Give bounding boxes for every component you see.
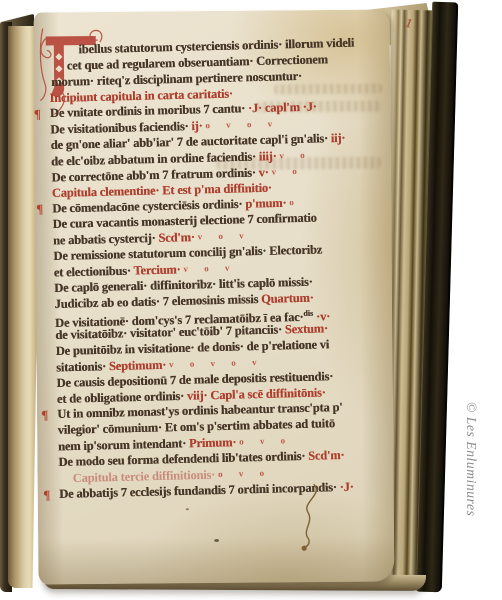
text-segment: p'mum·: [245, 196, 289, 211]
manuscript-photo: ibellus statutorum cysterciensis ordinis…: [0, 0, 502, 600]
text-segment: Septimum·: [109, 358, 169, 373]
manuscript-text-block: ibellus statutorum cysterciensis ordinis…: [48, 35, 391, 502]
parchment-speck: [214, 539, 219, 542]
rubric-pilcrow-mark: ¶: [43, 487, 50, 503]
text-segment: v o: [271, 166, 303, 177]
copyright-watermark: © Les Enluminures: [463, 402, 479, 516]
rubric-pilcrow-mark: ¶: [36, 202, 43, 218]
text-segment: Sextum·: [285, 322, 328, 337]
text-segment: v o: [279, 150, 311, 161]
pen-flourish-squiggle: [290, 482, 335, 563]
rubric-pilcrow-mark: ¶: [34, 107, 41, 123]
text-segment: Quartum·: [261, 290, 314, 305]
rubric-pilcrow-mark: ¶: [41, 408, 48, 424]
text-segment: ·J·: [339, 479, 353, 493]
text-segment: v o v: [198, 230, 251, 241]
text-segment: o v o: [239, 435, 292, 446]
text-segment: Scd'm·: [158, 230, 198, 245]
text-segment: v·: [258, 165, 271, 179]
text-segment: nem ip'sorum intendant·: [58, 436, 189, 453]
text-segment: v o v o v: [169, 357, 264, 369]
text-segment: o v o v: [205, 119, 279, 131]
text-segment: sitationis·: [56, 359, 109, 374]
manuscript-page: ibellus statutorum cysterciensis ordinis…: [34, 9, 395, 584]
text-segment: viij· Capl'a scē diffinitōnis·: [187, 385, 326, 402]
text-segment: o: [289, 197, 301, 207]
text-segment: dis: [303, 309, 313, 318]
text-segment: et electionibus·: [54, 263, 134, 279]
text-segment: Primum·: [189, 435, 239, 450]
text-segment: ij·: [191, 119, 205, 133]
text-segment: Scd'm·: [308, 448, 345, 463]
text-segment: De visitationibus faciendis·: [50, 119, 191, 136]
text-segment: iij·: [331, 131, 346, 145]
text-segment: v o v: [183, 262, 236, 273]
text-segment: o v o: [218, 468, 271, 479]
text-segment: ·J· capl'm ·J·: [248, 100, 317, 116]
text-segment: iiij·: [259, 149, 280, 164]
text-segment: ne abbatis cystercij·: [53, 231, 159, 248]
text-segment: et de obligatione ordinis·: [57, 388, 187, 405]
text-segment: Tercium·: [133, 262, 183, 277]
parchment-speck: [186, 508, 189, 510]
